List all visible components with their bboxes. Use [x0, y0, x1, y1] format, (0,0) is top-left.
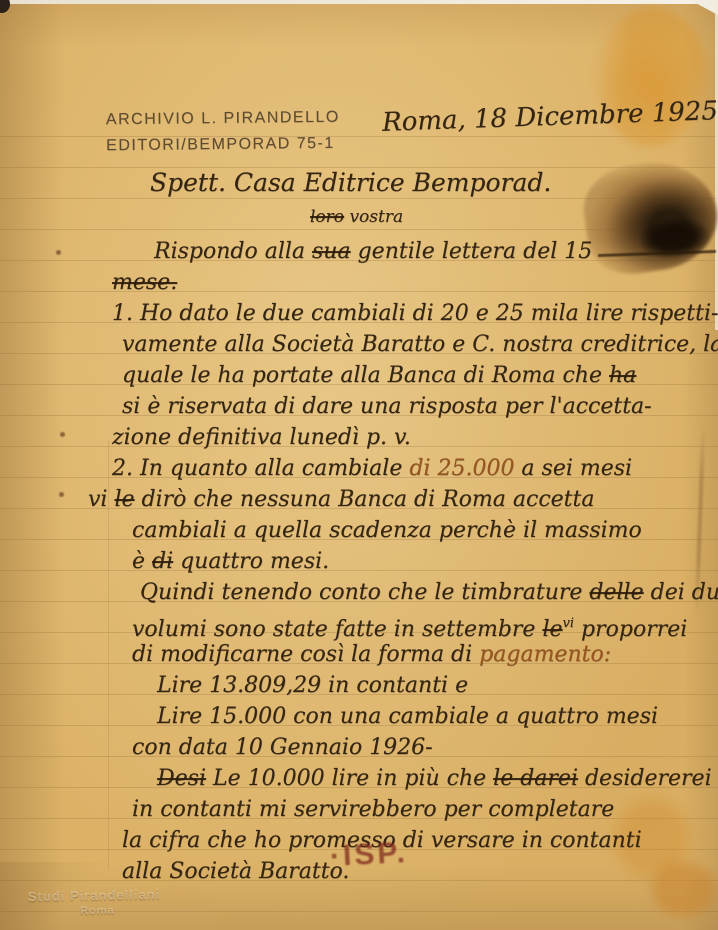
- struck-text: di: [152, 549, 173, 574]
- handwritten-text: alla Società Baratto.: [122, 859, 349, 884]
- letter-line: vamente alla Società Baratto e C. nostra…: [122, 329, 718, 360]
- correction-above: loro vostra: [310, 209, 403, 226]
- handwritten-text: Lire 13.809,29 in contanti e: [157, 673, 468, 698]
- scan-edge-top: [0, 0, 718, 4]
- letter-line: Desi Le 10.000 lire in più che le darei …: [157, 763, 718, 794]
- struck-text: le darei: [493, 766, 578, 791]
- watermark-line2: Roma: [80, 904, 161, 917]
- handwritten-text: in contanti mi servirebbero per completa…: [132, 797, 614, 822]
- letter-line: la cifra che ho promesso di versare in c…: [122, 825, 718, 856]
- scan-corner-top-right: [690, 0, 718, 15]
- handwritten-text: quattro mesi.: [173, 549, 329, 574]
- handwritten-text: si è riservata di dare una risposta per …: [122, 394, 652, 419]
- handwritten-text: Lire 15.000 con una cambiale a quattro m…: [157, 704, 658, 729]
- letter-line: Quindi tenendo conto che le timbrature d…: [140, 577, 718, 608]
- scan-corner-top-left: [0, 0, 10, 13]
- struck-text: sua: [312, 239, 351, 264]
- handwritten-text: Quindi tenendo conto che le timbrature: [140, 580, 589, 605]
- letter-line: volumi sono state fatte in settembre lev…: [132, 608, 718, 639]
- handwritten-text: Rispondo alla: [154, 239, 312, 264]
- archive-stamp-line1: ARCHIVIO L. PIRANDELLO: [106, 105, 340, 133]
- handwritten-text: vi: [88, 487, 114, 512]
- handwritten-text: di modificarne così la forma di: [132, 642, 479, 667]
- letter-salutation: Spett. Casa Editrice Bemporad.: [150, 168, 551, 197]
- letter-line: cambiali a quella scadenza perchè il mas…: [132, 515, 718, 546]
- letter-line: zione definitiva lunedì p. v.: [112, 422, 718, 453]
- handwritten-text: vostra: [344, 207, 403, 227]
- handwritten-text: 1. Ho dato le due cambiali di 20 e 25 mi…: [112, 301, 718, 326]
- struck-text: loro: [310, 207, 344, 227]
- ink-speck: [60, 432, 65, 437]
- isp-red-stamp: ·ISP.: [329, 836, 408, 874]
- letter-line: 1. Ho dato le due cambiali di 20 e 25 mi…: [112, 298, 718, 329]
- watermark-line1: Studi Pirandelliani: [28, 887, 161, 904]
- handwritten-text: pagamento:: [479, 642, 611, 667]
- letter-line: si è riservata di dare una risposta per …: [122, 391, 718, 422]
- handwritten-text: desidererei: [578, 766, 712, 791]
- handwritten-text: zione definitiva lunedì p. v.: [112, 425, 411, 450]
- letter-line: Rispondo alla sua gentile lettera del 15: [154, 236, 718, 267]
- letter-line: mese.: [112, 267, 718, 298]
- handwritten-text: vamente alla Società Baratto e C. nostra…: [122, 332, 718, 357]
- struck-text: mese.: [112, 270, 177, 295]
- letter-body: Rispondo alla sua gentile lettera del 15…: [112, 236, 718, 887]
- struck-text: le: [114, 487, 134, 512]
- ink-speck: [56, 250, 61, 255]
- letter-line: con data 10 Gennaio 1926-: [132, 732, 718, 763]
- handwritten-text: con data 10 Gennaio 1926-: [132, 735, 433, 760]
- handwritten-text: dirò che nessuna Banca di Roma accetta: [135, 487, 595, 512]
- struck-text: ha: [609, 363, 636, 388]
- letter-line: di modificarne così la forma di pagament…: [132, 639, 718, 670]
- letter-line: Lire 15.000 con una cambiale a quattro m…: [157, 701, 718, 732]
- struck-text: Desi: [157, 766, 206, 791]
- handwritten-text: di 25.000: [409, 456, 514, 481]
- letter-line: quale le ha portate alla Banca di Roma c…: [122, 360, 718, 391]
- handwritten-text: gentile lettera del 15: [351, 239, 593, 264]
- handwritten-text: 2. In quanto alla cambiale: [112, 456, 409, 481]
- letter-line: in contanti mi servirebbero per completa…: [132, 794, 718, 825]
- handwritten-text: dei due: [644, 580, 718, 605]
- archive-stamp-line2: EDITORI/BEMPORAD 75-1: [106, 131, 340, 159]
- archive-stamp: ARCHIVIO L. PIRANDELLO EDITORI/BEMPORAD …: [106, 105, 340, 159]
- letter-line: è di quattro mesi.: [132, 546, 718, 577]
- letter-line: alla Società Baratto.: [122, 856, 718, 887]
- letter-line: 2. In quanto alla cambiale di 25.000 a s…: [112, 453, 718, 484]
- handwritten-text: quale le ha portate alla Banca di Roma c…: [122, 363, 609, 388]
- handwritten-text: è: [132, 549, 152, 574]
- ink-speck: [59, 492, 64, 497]
- letter-date: Roma, 18 Dicembre 1925: [382, 96, 718, 138]
- handwritten-text: a sei mesi: [514, 456, 632, 481]
- letter-line: vi le dirò che nessuna Banca di Roma acc…: [88, 484, 718, 515]
- handwritten-text: vi: [563, 616, 575, 631]
- handwritten-text: cambiali a quella scadenza perchè il mas…: [132, 518, 642, 543]
- scanned-letter-page: ARCHIVIO L. PIRANDELLO EDITORI/BEMPORAD …: [0, 0, 718, 930]
- letter-line: Lire 13.809,29 in contanti e: [157, 670, 718, 701]
- embossed-watermark: Studi Pirandelliani Roma: [28, 887, 161, 918]
- handwritten-text: Le 10.000 lire in più che: [206, 766, 493, 791]
- struck-text: delle: [589, 580, 643, 605]
